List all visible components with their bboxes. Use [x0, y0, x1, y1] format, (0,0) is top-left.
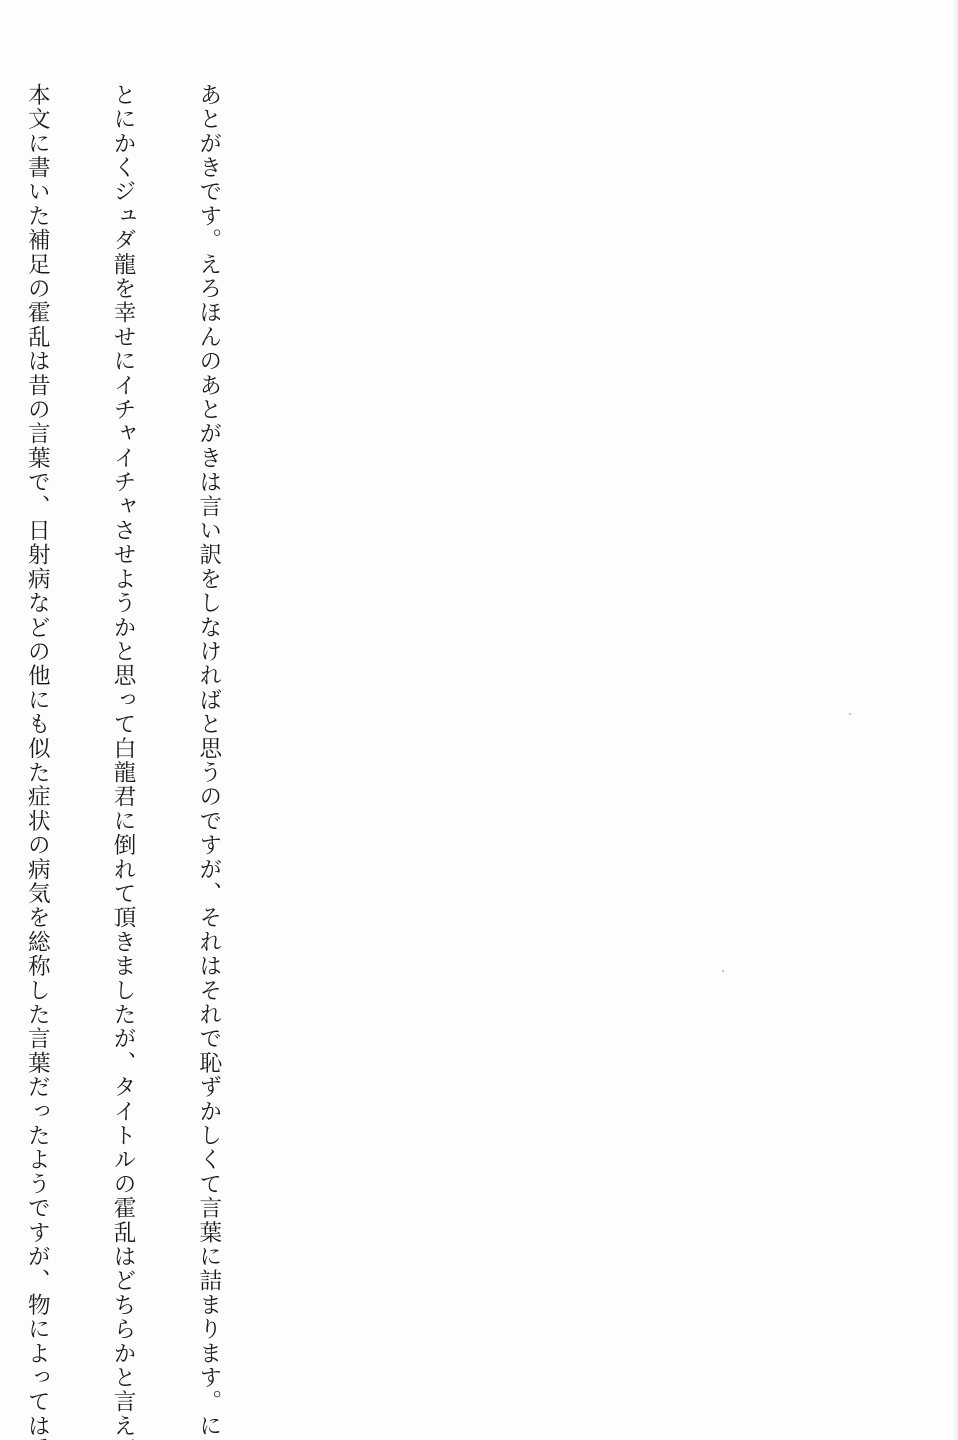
- scan-speck: [722, 970, 724, 972]
- text-line-2: とにかくジュダ龍を幸せにイチャイチャさせようかと思って白龍君に倒れて頂きましたが…: [108, 83, 137, 1383]
- afterword-text: あとがきです。えろほんのあとがきは言い訳をしなければと思うのですが、それはそれで…: [0, 83, 280, 1383]
- document-page: あとがきです。えろほんのあとがきは言い訳をしなければと思うのですが、それはそれで…: [0, 0, 958, 1440]
- scan-speck: [849, 713, 851, 715]
- text-line-1: あとがきです。えろほんのあとがきは言い訳をしなければと思うのですが、それはそれで…: [194, 83, 223, 1383]
- text-line-3: 本文に書いた補足の霍乱は昔の言葉で、日射病などの他にも似た症状の病気を総称した言…: [23, 83, 52, 1383]
- page-edge-shadow: [952, 0, 958, 1440]
